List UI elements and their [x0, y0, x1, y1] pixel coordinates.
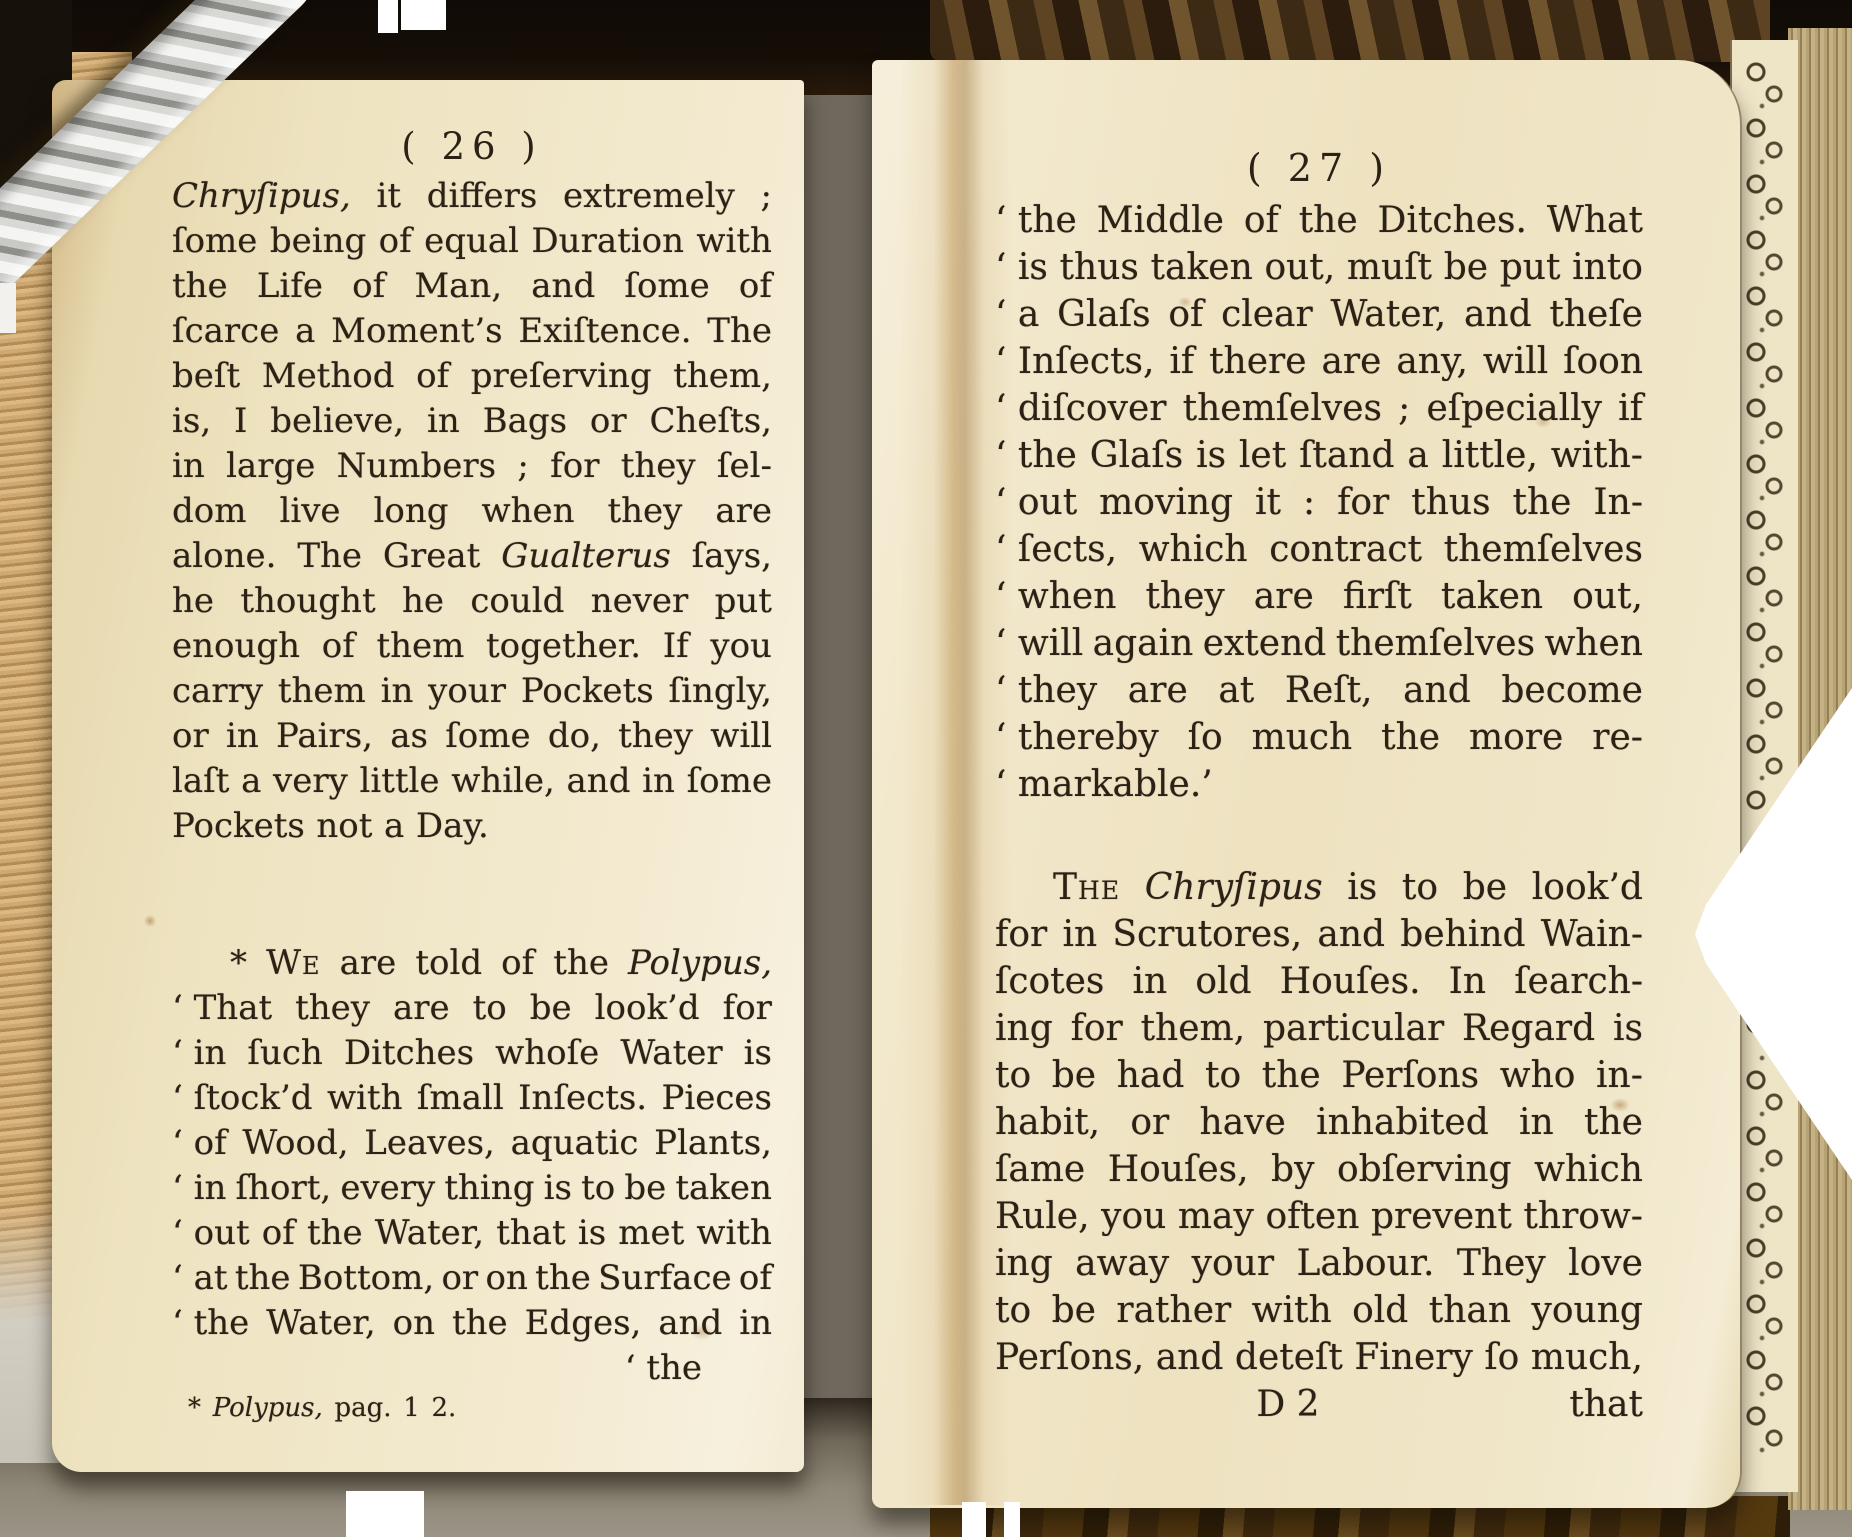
word: ſo — [1188, 717, 1223, 758]
word: if — [1618, 388, 1643, 429]
word: taken — [1151, 247, 1253, 288]
word: We — [266, 943, 320, 983]
word: ſhort, — [236, 1168, 332, 1208]
word: Water, — [266, 1303, 375, 1343]
word: eſpecially — [1426, 388, 1601, 429]
word: Finery — [1354, 1337, 1473, 1378]
text-line: ‘ ofWood,Leaves,aquaticPlants, — [172, 1120, 772, 1165]
word: Bags — [483, 401, 567, 441]
word: in — [172, 446, 205, 486]
word: Houſes. — [1280, 961, 1421, 1002]
word: put — [1500, 247, 1561, 288]
page-number-left: ( 26 ) — [172, 120, 772, 173]
text-line: ‘ theGlaſsisletſtandalittle,with- — [995, 432, 1643, 479]
word: will — [710, 716, 772, 756]
word: of — [501, 943, 534, 983]
word: themſelves — [1183, 388, 1382, 429]
word: are — [715, 491, 772, 531]
word: they — [295, 988, 370, 1028]
word: they — [618, 716, 693, 756]
text-line: Perſons,anddeteſtFineryſomuch, — [995, 1334, 1643, 1381]
word: the — [1381, 717, 1440, 758]
word: moving — [1099, 482, 1233, 523]
word: of — [352, 266, 385, 306]
word: large — [226, 446, 315, 486]
word: Moment’s — [331, 311, 502, 351]
word: your — [1192, 1243, 1274, 1284]
word: out, — [1264, 247, 1335, 288]
word: Houſes, — [1108, 1149, 1249, 1190]
word: contract — [1269, 529, 1422, 570]
word: behind — [1400, 914, 1525, 955]
word: in — [427, 401, 460, 441]
text-line: ‘ theWater,ontheEdges,andin — [172, 1300, 772, 1345]
word: Wood, — [242, 1123, 348, 1163]
scan-white-patch — [346, 1491, 424, 1537]
word: ‘ diſcover — [995, 388, 1166, 429]
word: every — [340, 1168, 435, 1208]
word: he — [402, 581, 444, 621]
word: Inſects. — [518, 1078, 647, 1118]
word: Ditches. — [1378, 200, 1527, 241]
word: of — [739, 266, 772, 306]
word: in — [1133, 961, 1168, 1002]
word: live — [279, 491, 340, 531]
word: Plants, — [654, 1123, 772, 1163]
word: ; — [1398, 388, 1410, 429]
word: to — [581, 1168, 615, 1208]
word: when — [481, 491, 574, 531]
word: Water, — [375, 1213, 484, 1253]
word: muſt — [1347, 247, 1432, 288]
word: ſoon — [1563, 341, 1643, 382]
word: put — [715, 581, 772, 621]
word: is, — [172, 401, 211, 441]
word: thought — [240, 581, 375, 621]
word: ; — [761, 176, 772, 216]
word: ‘ That — [172, 988, 272, 1028]
word: young — [1532, 1290, 1643, 1331]
text-line: Rule,youmayoftenpreventthrow- — [995, 1193, 1643, 1240]
word: ſome — [445, 716, 530, 756]
word: very — [273, 761, 348, 801]
word: thus — [1411, 482, 1490, 523]
word: and — [567, 761, 631, 801]
word: ‘ Inſects, — [995, 341, 1154, 382]
word: laſt — [172, 761, 229, 801]
word: to — [1402, 867, 1438, 908]
word: be — [1052, 1055, 1096, 1096]
word: in — [1062, 914, 1097, 955]
word: The — [1053, 867, 1120, 908]
word: much, — [1531, 1337, 1643, 1378]
word: is — [1613, 1008, 1643, 1049]
text-line: ‘ inſuchDitcheswhoſeWateris — [172, 1030, 772, 1075]
word: Day. — [416, 806, 489, 846]
word: in — [381, 671, 414, 711]
word: ‘ when — [995, 576, 1116, 617]
word: Duration — [531, 221, 684, 261]
word: ſo — [1484, 1337, 1519, 1378]
text-line: ‘ therebyſomuchthemorere- — [995, 714, 1643, 761]
word: of — [379, 221, 412, 261]
word: themſelves — [1336, 623, 1535, 664]
word: Glaſs — [1057, 294, 1151, 335]
word: extremely — [563, 176, 735, 216]
word: into — [1572, 247, 1643, 288]
word: preſerving — [471, 356, 652, 396]
text-line: Chryſipus,itdiffersextremely; — [172, 173, 772, 218]
text-line: ‘ the — [172, 1345, 772, 1390]
word: ſuch — [247, 1033, 322, 1073]
word: with — [1252, 1290, 1332, 1331]
word: the — [1513, 482, 1572, 523]
text-line: ‘ theyareatReſt,andbecome — [995, 667, 1643, 714]
word: which — [1534, 1149, 1643, 1190]
word: do, — [548, 716, 601, 756]
word: the — [307, 1213, 363, 1253]
word: a — [241, 761, 261, 801]
word: that — [496, 1213, 566, 1253]
word: ‘ the — [625, 1348, 702, 1388]
word: of — [416, 356, 449, 396]
word: ing — [995, 1243, 1053, 1284]
word: ‘ in — [172, 1033, 226, 1073]
word: taken — [1441, 576, 1543, 617]
word: Gualterus — [501, 536, 671, 576]
right-page-body: ‘ theMiddleoftheDitches.What‘ isthustake… — [995, 197, 1643, 1428]
text-line: ‘ markable.’ — [995, 761, 1643, 808]
word: alone. — [172, 536, 276, 576]
page-number-right: ( 27 ) — [995, 138, 1643, 197]
word: for — [1071, 1008, 1123, 1049]
word: while, — [451, 761, 555, 801]
word: The — [297, 536, 362, 576]
text-line: ſcotesinoldHouſes.Inſearch- — [995, 958, 1643, 1005]
word: * — [188, 1393, 201, 1423]
word: the — [172, 266, 228, 306]
word: of — [262, 1213, 295, 1253]
word: ‘ the — [995, 200, 1077, 241]
word: Pockets — [521, 671, 654, 711]
word: will — [1483, 341, 1548, 382]
word: Pockets — [172, 806, 305, 846]
text-line: hethoughthecouldneverput — [172, 578, 772, 623]
word: of — [1168, 294, 1203, 335]
word: to — [473, 988, 507, 1028]
word: inhabited — [1316, 1102, 1489, 1143]
word: them — [376, 626, 464, 666]
text-line: domlivelongwhentheyare — [172, 488, 772, 533]
word: ‘ the — [172, 1303, 249, 1343]
word: ſame — [995, 1149, 1085, 1190]
word: thus — [1060, 247, 1139, 288]
word: to — [1205, 1055, 1241, 1096]
word: deteſt — [1235, 1337, 1343, 1378]
word: throw- — [1523, 1196, 1643, 1237]
word: ſmall — [417, 1078, 504, 1118]
word: by — [1271, 1149, 1314, 1190]
word: out, — [1572, 576, 1643, 617]
word: Ditches — [344, 1033, 474, 1073]
word: ‘ ſtock’d — [172, 1078, 313, 1118]
word: Leaves, — [364, 1123, 495, 1163]
word: Water, — [1330, 294, 1446, 335]
engraved-border-strip — [1740, 60, 1790, 1460]
word: is — [578, 1213, 606, 1253]
word: you — [710, 626, 772, 666]
word: ; — [517, 446, 528, 486]
word: look’d — [1532, 867, 1643, 908]
word: theſe — [1549, 294, 1643, 335]
word: for — [550, 446, 599, 486]
word: What — [1547, 200, 1643, 241]
word: Method — [262, 356, 395, 396]
word: had — [1117, 1055, 1185, 1096]
word: be — [1463, 867, 1507, 908]
word: in- — [1596, 1055, 1643, 1096]
word: look’d — [595, 988, 700, 1028]
word: on — [485, 1258, 527, 1298]
word: in — [739, 1303, 772, 1343]
word: little, — [1442, 435, 1538, 476]
word: beſt — [172, 356, 240, 396]
word: are — [1321, 341, 1381, 382]
word: the — [1299, 200, 1358, 241]
word: and — [1317, 914, 1385, 955]
text-line: ſcarceaMoment’sExiſtence.The — [172, 308, 772, 353]
word: again — [1093, 623, 1194, 664]
word: with — [696, 221, 772, 261]
text-line: ‘ Thattheyaretobelook’dfor — [172, 985, 772, 1030]
word: : — [1303, 482, 1315, 523]
word: met — [618, 1213, 684, 1253]
word: they — [621, 446, 696, 486]
word: If — [663, 626, 689, 666]
text-line: habit,orhaveinhabitedinthe — [995, 1099, 1643, 1146]
text-line: carrytheminyourPocketsſingly, — [172, 668, 772, 713]
word — [995, 1384, 1006, 1425]
word: I — [234, 401, 247, 441]
text-line: orinPairs,asſomedo,theywill — [172, 713, 772, 758]
word: with- — [1551, 435, 1643, 476]
word: In — [1449, 961, 1486, 1002]
text-line: toberatherwitholdthanyoung — [995, 1287, 1643, 1334]
word: the — [452, 1303, 508, 1343]
text-line: inlargeNumbers;fortheyſel- — [172, 443, 772, 488]
word: are — [1254, 576, 1314, 617]
word: Bottom, — [298, 1258, 434, 1298]
word: ‘ is — [995, 247, 1048, 288]
word: Numbers — [337, 446, 496, 486]
word: ‘ in — [172, 1168, 226, 1208]
word: often — [1265, 1196, 1359, 1237]
text-line: laſtaverylittlewhile,andinſome — [172, 758, 772, 803]
left-page-text: ( 26 ) Chryſipus,itdiffersextremely;ſome… — [172, 120, 772, 1390]
word: are — [1128, 670, 1188, 711]
text-line: ‘ ſtock’dwithſmallInſects.Pieces — [172, 1075, 772, 1120]
word: not — [316, 806, 372, 846]
word: or — [1130, 1102, 1169, 1143]
word: Regard — [1462, 1008, 1595, 1049]
text-line: ‘ isthustakenout,muſtbeputinto — [995, 244, 1643, 291]
word: * — [230, 943, 247, 983]
text-line: ‘ theMiddleoftheDitches.What — [995, 197, 1643, 244]
word: never — [591, 581, 689, 621]
word: be — [1444, 247, 1488, 288]
word: differs — [427, 176, 538, 216]
text-line: ‘ attheBottom,orontheSurfaceof — [172, 1255, 772, 1300]
word: Labour. — [1296, 1243, 1434, 1284]
text-line: PocketsnotaDay. — [172, 803, 772, 848]
word: you — [1101, 1196, 1166, 1237]
word: ſome — [687, 761, 772, 801]
word: D 2 — [1256, 1384, 1319, 1425]
word: them, — [673, 356, 772, 396]
text-line: enoughofthemtogether.Ifyou — [172, 623, 772, 668]
word: ‘ thereby — [995, 717, 1159, 758]
word: Perſons — [1341, 1055, 1479, 1096]
word: carry — [172, 671, 263, 711]
word: Wain- — [1541, 914, 1643, 955]
word: ‘ a — [995, 294, 1039, 335]
word: ‘ of — [172, 1123, 227, 1163]
word: Middle — [1097, 200, 1224, 241]
word: the — [235, 1258, 291, 1298]
word: ſcotes — [995, 961, 1104, 1002]
text-line: forinScrutores,andbehindWain- — [995, 911, 1643, 958]
text-line: ſomebeingofequalDurationwith — [172, 218, 772, 263]
word: they — [607, 491, 682, 531]
word: more — [1469, 717, 1563, 758]
word: to — [995, 1290, 1031, 1331]
word: dom — [172, 491, 246, 531]
word: Chryſipus — [1145, 867, 1323, 908]
word: the — [1584, 1102, 1643, 1143]
text-line: *WearetoldofthePolypus, — [172, 940, 772, 985]
text-line: D 2that — [995, 1381, 1643, 1428]
text-line: *Polypus,pag.12. — [188, 1388, 608, 1428]
word: Edges, — [525, 1303, 642, 1343]
word: may — [1178, 1196, 1254, 1237]
word: that — [1569, 1384, 1643, 1425]
scan-white-patch — [0, 283, 16, 333]
text-line: ‘ inſhort,everythingistobetaken — [172, 1165, 772, 1210]
word: Scrutores, — [1112, 914, 1302, 955]
word: 1 — [403, 1393, 420, 1423]
word: Glaſs — [1090, 435, 1184, 476]
text-line: ingawayyourLabour.Theylove — [995, 1240, 1643, 1287]
scan-white-patch — [401, 0, 446, 30]
word: ſtand — [1299, 435, 1394, 476]
word: the — [1262, 1055, 1321, 1096]
word: it — [1255, 482, 1281, 523]
word: In- — [1593, 482, 1643, 523]
word: of — [322, 626, 355, 666]
word: and — [531, 266, 595, 306]
word: little — [359, 761, 439, 801]
word: Surface — [598, 1258, 731, 1298]
word: re- — [1592, 717, 1643, 758]
word: the — [553, 943, 609, 983]
word: a — [1407, 435, 1428, 476]
word: as — [390, 716, 428, 756]
word: firſt — [1343, 576, 1412, 617]
word: be — [530, 988, 572, 1028]
text-line: ‘ ſects,whichcontractthemſelves — [995, 526, 1643, 573]
word: Pieces — [662, 1078, 772, 1118]
word: become — [1501, 670, 1643, 711]
word: ſearch- — [1514, 961, 1643, 1002]
text-line: beſtMethodofpreſervingthem, — [172, 353, 772, 398]
word: in — [642, 761, 675, 801]
word: together. — [486, 626, 641, 666]
word: enough — [172, 626, 300, 666]
word: extend — [1203, 623, 1327, 664]
word: them, — [1141, 1008, 1246, 1049]
word: away — [1075, 1243, 1169, 1284]
word: when — [1544, 623, 1643, 664]
word: ‘ markable.’ — [995, 764, 1213, 805]
word: the — [535, 1258, 591, 1298]
word: have — [1200, 1102, 1286, 1143]
word: in — [226, 716, 259, 756]
word: ‘ the — [995, 435, 1077, 476]
word: ‘ out — [995, 482, 1077, 523]
text-line: ‘ whentheyarefirſttakenout, — [995, 573, 1643, 620]
scan-white-patch — [1004, 1502, 1020, 1537]
right-page-text: ( 27 ) ‘ theMiddleoftheDitches.What‘ ist… — [995, 138, 1643, 1428]
word: aquatic — [511, 1123, 639, 1163]
word: any, — [1396, 341, 1468, 382]
word: Rule, — [995, 1196, 1090, 1237]
word: let — [1239, 435, 1286, 476]
word: on — [393, 1303, 435, 1343]
left-page-body: Chryſipus,itdiffersextremely;ſomebeingof… — [172, 173, 772, 1390]
word: or — [590, 401, 627, 441]
text-line: theLifeofMan,andſomeof — [172, 263, 772, 308]
word: with — [696, 1213, 772, 1253]
word: of — [739, 1258, 772, 1298]
word: a — [384, 806, 404, 846]
word: ‘ out — [172, 1213, 250, 1253]
word: be — [624, 1168, 666, 1208]
text-line: ‘ outmovingit:forthustheIn- — [995, 479, 1643, 526]
word: Reſt, — [1285, 670, 1373, 711]
word: ſome — [172, 221, 257, 261]
word: pag. — [334, 1393, 391, 1423]
word: with — [327, 1078, 403, 1118]
word: and — [1464, 294, 1532, 335]
word: clear — [1221, 294, 1313, 335]
word: Chryſipus, — [172, 176, 351, 216]
word: Pairs, — [276, 716, 373, 756]
left-page-footnote: *Polypus,pag.12. — [188, 1388, 608, 1428]
text-line: tobehadtothePerſonswhoin- — [995, 1052, 1643, 1099]
word: is — [1347, 867, 1377, 908]
word: and — [1403, 670, 1471, 711]
text-line: ‘ outoftheWater,thatismetwith — [172, 1210, 772, 1255]
word: and — [658, 1303, 722, 1343]
word: are — [393, 988, 450, 1028]
word: Cheſts, — [649, 401, 772, 441]
word: ſel- — [717, 446, 772, 486]
text-line: ‘ diſcoverthemſelves;eſpeciallyif — [995, 385, 1643, 432]
text-line: TheChryſipusistobelook’d — [995, 864, 1643, 911]
word: there — [1209, 341, 1306, 382]
word: for — [995, 914, 1047, 955]
word: is — [1196, 435, 1226, 476]
